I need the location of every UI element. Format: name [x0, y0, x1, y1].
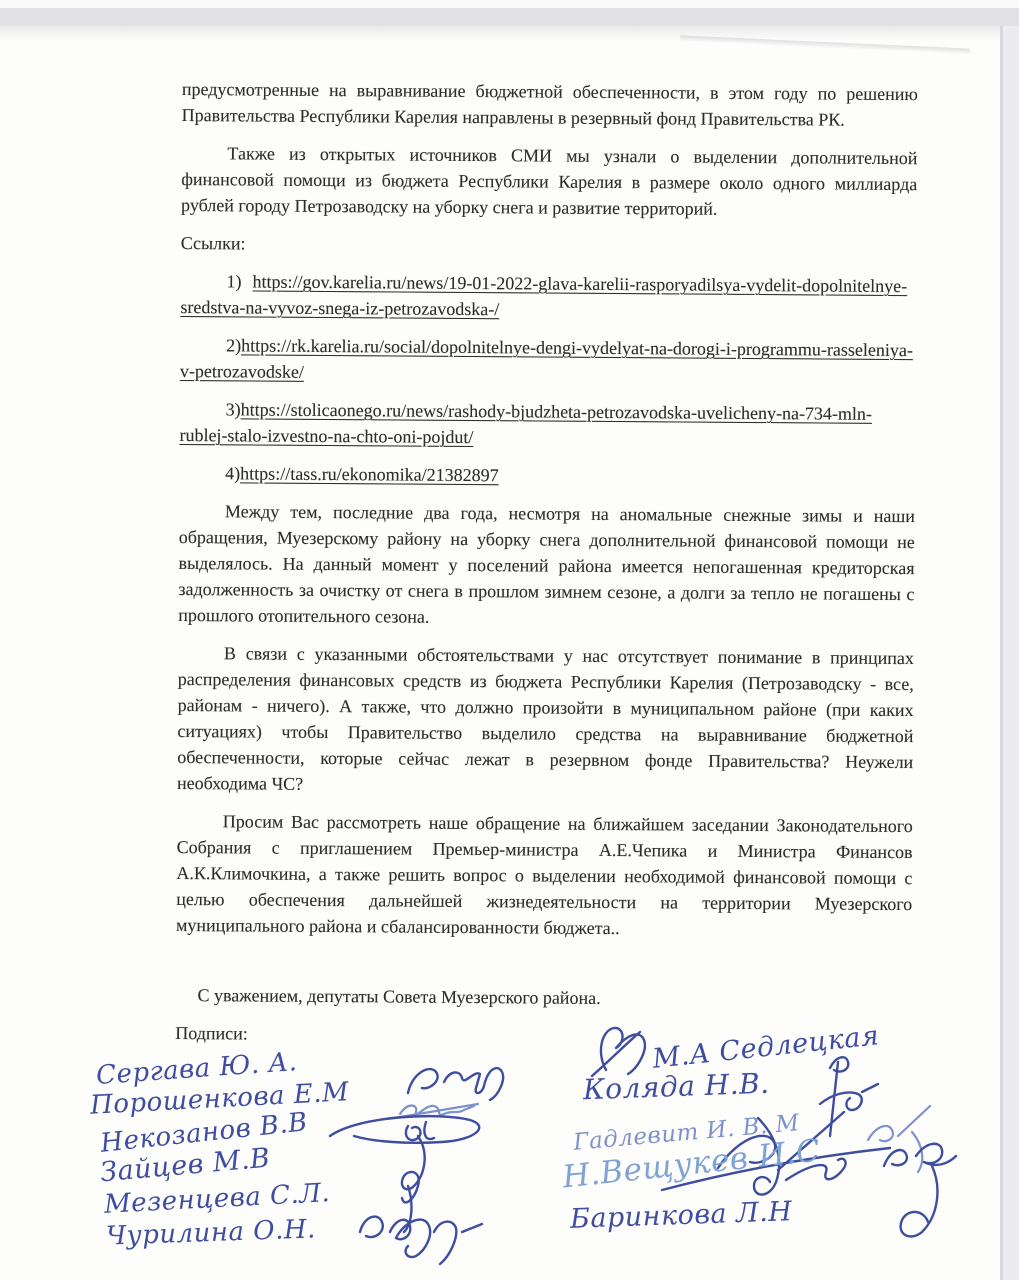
- body-paragraph: В связи с указанными обстоятельствами у …: [177, 640, 914, 801]
- link-number: 3): [226, 396, 241, 422]
- scanned-letter-photo: { "document": { "language": "ru", "parag…: [0, 0, 1019, 1280]
- body-paragraph: предусмотренные на выравнивание бюджетно…: [182, 76, 918, 133]
- photo-background-band: [0, 8, 1019, 26]
- body-paragraph: Также из открытых источников СМИ мы узна…: [181, 140, 918, 223]
- link-number: 4): [225, 460, 240, 486]
- link-url[interactable]: https://gov.karelia.ru/news/19-01-2022-g…: [180, 271, 907, 319]
- letter-body: предусмотренные на выравнивание бюджетно…: [175, 76, 918, 1063]
- link-number: 2): [226, 332, 241, 358]
- reference-link-4: 4)https://tass.ru/ekonomika/21382897: [179, 460, 915, 491]
- signature-flourish: [592, 1028, 645, 1076]
- signature-flourish: [868, 1106, 930, 1172]
- letter-page: предусмотренные на выравнивание бюджетно…: [0, 26, 1003, 1280]
- link-url[interactable]: https://stolicaonego.ru/news/rashody-bju…: [179, 399, 872, 447]
- reference-link-2: 2)https://rk.karelia.ru/social/dopolnite…: [180, 332, 916, 389]
- body-paragraph: Между тем, последние два года, несмотря …: [178, 498, 915, 633]
- reference-link-1: 1)https://gov.karelia.ru/news/19-01-2022…: [180, 268, 916, 325]
- signatures-block: Сергава Ю. А. Порошенкова Е.М Некозанов …: [78, 1018, 1000, 1280]
- closing-line: С уважением, депутаты Совета Муезерского…: [175, 982, 911, 1013]
- signature-flourish: [360, 1217, 482, 1264]
- links-label: Ссылки:: [181, 230, 917, 261]
- photo-top-edge: [0, 0, 1019, 8]
- link-url[interactable]: https://rk.karelia.ru/social/dopolniteln…: [180, 335, 913, 381]
- signature-flourish: [408, 1068, 503, 1100]
- page-edge-shadow: [680, 35, 970, 54]
- signature-name: Коляда Н.В.: [582, 1067, 770, 1106]
- reference-link-3: 3)https://stolicaonego.ru/news/rashody-b…: [179, 396, 915, 453]
- signature-flourish: [330, 1116, 479, 1143]
- body-paragraph: Просим Вас рассмотреть наше обращение на…: [176, 808, 913, 943]
- link-number: 1): [226, 268, 252, 294]
- link-url[interactable]: https://tass.ru/ekonomika/21382897: [240, 463, 499, 485]
- signature-flourish: [402, 1136, 425, 1232]
